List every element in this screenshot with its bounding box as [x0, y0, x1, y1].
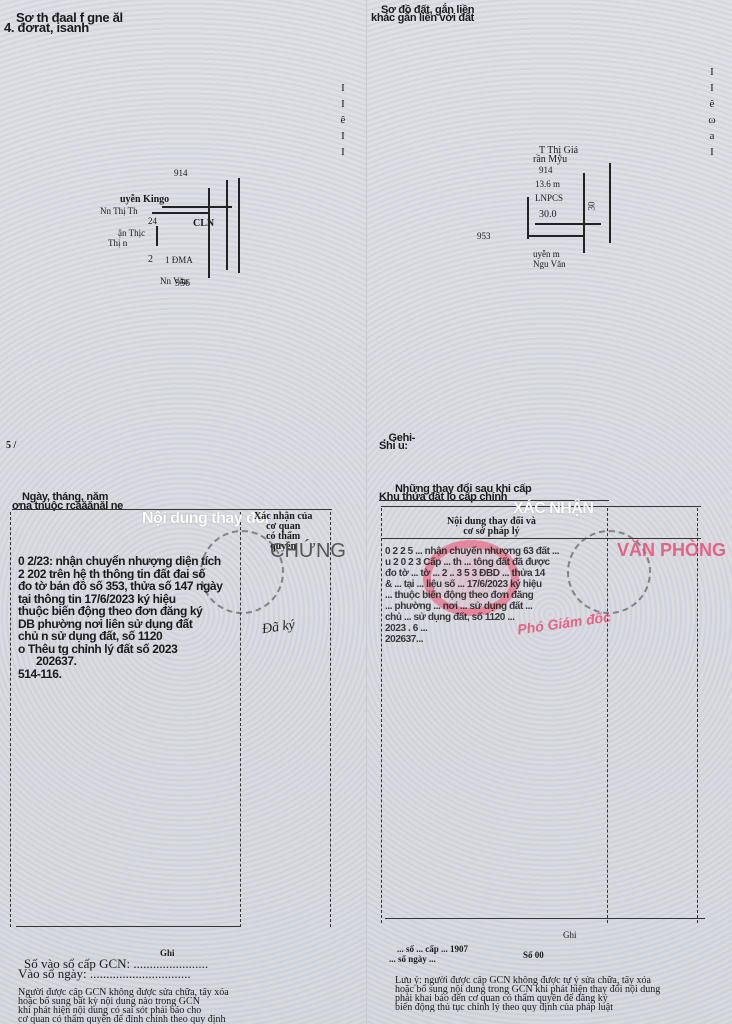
parcel-number: 953: [477, 231, 491, 241]
land-use-code: CLN: [193, 218, 214, 229]
section-mark: 5 /: [6, 440, 16, 451]
registry-value: Số 00: [523, 950, 544, 960]
owner-label: Nn Thị Th: [100, 206, 138, 216]
plot-top-number: 914: [174, 168, 188, 178]
area-label: 13.6 m: [535, 179, 560, 189]
footer-notes: Người được cấp GCN không được sửa chữa, …: [18, 988, 348, 1024]
footer-mark: Ghi: [563, 930, 577, 940]
section-header-line2: 4. đơrat, isanh: [4, 22, 89, 34]
owner-label: rần Mỹu: [533, 154, 567, 165]
owner-label: Thị n: [108, 238, 127, 248]
plot-top-number: 914: [539, 165, 553, 175]
footer-notes: Lưu ý: người được cấp GCN không được tự …: [395, 976, 715, 1012]
stamp-text: VĂN PHÒNG: [617, 540, 726, 561]
table-title: Nội dung thay đổi và cơ sở pháp lý: [447, 517, 536, 537]
registry-date: ... sổ ngày ...: [389, 954, 436, 964]
change-header-line2: ơna tnuộc rcăăănăl ne: [12, 500, 123, 512]
side-marks: I I ê I I: [338, 80, 348, 160]
change-content: 0 2 2 5 ... nhận chuyển nhượng 63 đất ..…: [385, 546, 607, 645]
row-code: 24: [148, 216, 157, 226]
section-mark: Shi u:: [379, 440, 408, 452]
side-code: 30: [587, 202, 597, 211]
owner-label: ận Thịc: [118, 228, 145, 238]
cell-value: 30.0: [539, 209, 557, 220]
registry-date: Vào sổ ngày: ...........................…: [18, 968, 191, 980]
row-code: 2: [148, 254, 153, 265]
table-title-overlay: Nội dung thay đổi: [142, 510, 269, 528]
parcel-number: 956: [175, 278, 190, 289]
land-plot-diagram: 914 uyễn Kingo Nn Thị Th ận Thịc Thị n 2…: [100, 160, 260, 295]
section-header-line2: khác gắn liền với đất: [371, 12, 474, 24]
change-header-line2: Khu thửa đất lo cấp chính: [379, 491, 507, 503]
land-use-code: LNPCS: [535, 193, 563, 203]
change-content: 0 2/23: nhận chuyển nhượng diện tích 2 2…: [18, 555, 240, 680]
certificate-right-page: Sơ đồ đất, gắn liền khác gắn liền với đấ…: [366, 0, 732, 1024]
registry-number: ... số ... cấp ... 1907: [397, 944, 468, 954]
measurement: 1 ĐMA: [165, 255, 193, 265]
owner-label: uyễn Kingo: [120, 194, 169, 205]
signature: Đã ký: [261, 618, 296, 638]
plot-bottom-label: uyễn m: [533, 249, 560, 259]
land-plot-diagram: T Thị Giá rần Mỹu 914 13.6 m LNPCS 30.0 …: [447, 143, 627, 273]
stamp-text: CHỨNG: [270, 540, 346, 563]
side-marks: I I ê ω a I: [707, 64, 717, 160]
certificate-left-page: Sơ th đaal f gne ăl 4. đơrat, isanh I I …: [0, 0, 366, 1024]
plot-bottom-label: Ngu Văn: [533, 259, 566, 269]
